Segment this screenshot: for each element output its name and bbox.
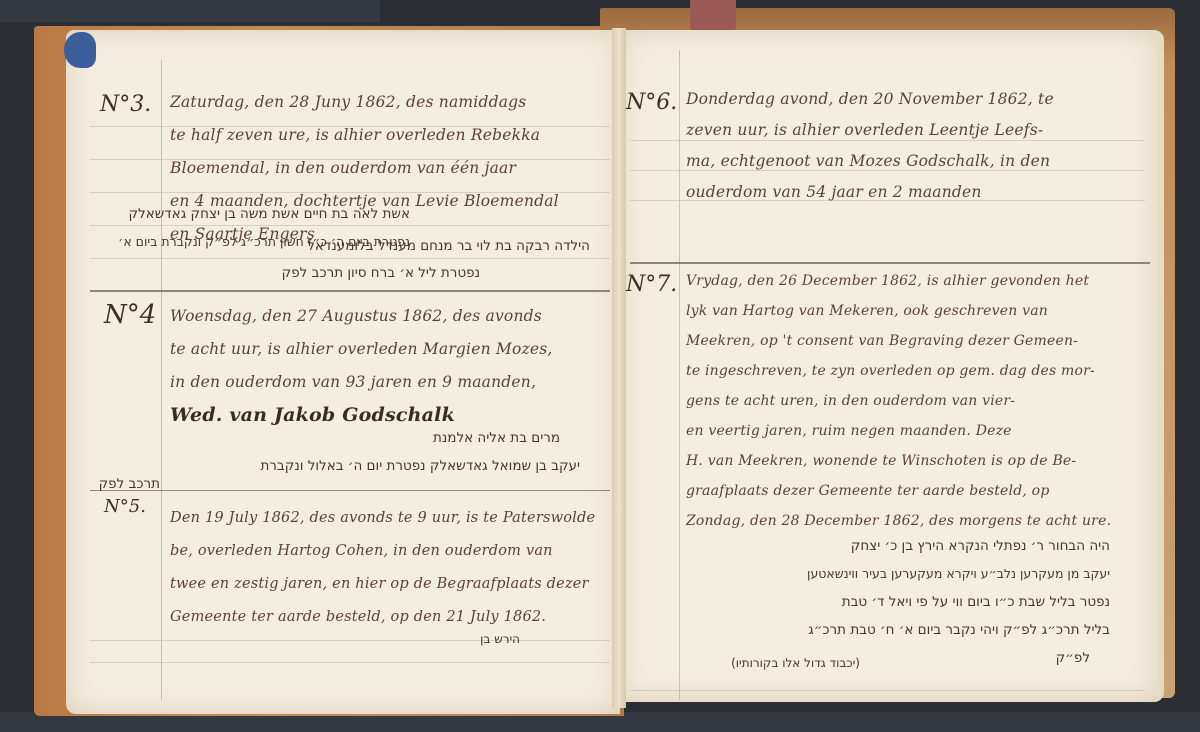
ruled-line xyxy=(90,258,610,259)
entry-line: Vrydag, den 26 December 1862, is alhier … xyxy=(686,266,1111,296)
entry-line: ouderdom van 54 jaar en 2 maanden xyxy=(686,177,1054,208)
entry-line: graafplaats dezer Gemeente ter aarde bes… xyxy=(686,476,1111,506)
entry-line: Zondag, den 28 December 1862, des morgen… xyxy=(686,506,1111,536)
entry-line: te acht uur, is alhier overleden Margien… xyxy=(170,333,553,366)
hebrew-inscription: נפטר בליל שבת כ״ו ביום ווי על פי ויאל ד׳… xyxy=(842,594,1110,610)
entry-number: N°7. xyxy=(626,272,677,297)
entry-line: Wed. van Jakob Godschalk xyxy=(170,399,553,432)
hebrew-inscription: אשת לאה בת חיים אשת משה בן יצחק גאדשאלק xyxy=(128,206,410,222)
hebrew-inscription: (יכבוד גדול אלו בקורותיו) xyxy=(731,656,860,670)
hebrew-inscription: יעקב בן שמואל גאדשאלק נפטרת יום ה׳ באלול… xyxy=(260,458,580,474)
hebrew-inscription: יעקב מן מעקרען נלב״ע ויקרא מעקערען בעיר … xyxy=(807,566,1110,581)
ruled-line xyxy=(630,690,1145,691)
entry-number: N°5. xyxy=(104,496,146,517)
hebrew-inscription: בליל תרכ״ג לפ״ק ויהי נקבר ביום א׳ ח׳ טבת… xyxy=(808,622,1110,638)
entry-line: Den 19 July 1862, des avonds te 9 uur, i… xyxy=(170,502,595,535)
entry-line: Woensdag, den 27 Augustus 1862, des avon… xyxy=(170,300,553,333)
entry-line: H. van Meekren, wonende te Winschoten is… xyxy=(686,446,1111,476)
ribbon-bookmark xyxy=(690,0,736,30)
register-entry-3: Zaturdag, den 28 Juny 1862, des namiddag… xyxy=(170,86,559,251)
book-gutter xyxy=(612,28,626,708)
blue-tape-corner xyxy=(64,32,96,68)
entry-line: twee en zestig jaren, en hier op de Begr… xyxy=(170,568,595,601)
register-entry-5: Den 19 July 1862, des avonds te 9 uur, i… xyxy=(170,502,595,634)
entry-line: lyk van Hartog van Mekeren, ook geschrev… xyxy=(686,296,1111,326)
entry-separator xyxy=(90,290,610,292)
margin-line-left xyxy=(161,60,162,700)
entry-line: zeven uur, is alhier overleden Leentje L… xyxy=(686,115,1054,146)
hebrew-inscription: תרכב לפק xyxy=(99,476,160,492)
entry-line: Zaturdag, den 28 Juny 1862, des namiddag… xyxy=(170,86,559,119)
entry-separator xyxy=(90,490,610,491)
entry-line: te half zeven ure, is alhier overleden R… xyxy=(170,119,559,152)
hebrew-inscription: היה הבחור ר׳ נפתלי הנקרא הירץ בן כ׳ יצחק xyxy=(851,538,1110,554)
margin-line-right xyxy=(679,50,680,700)
hebrew-inscription: לפ״ק xyxy=(1056,650,1090,666)
ruled-line xyxy=(90,662,610,663)
register-entry-4: Woensdag, den 27 Augustus 1862, des avon… xyxy=(170,300,553,432)
entry-line: be, overleden Hartog Cohen, in den ouder… xyxy=(170,535,595,568)
hebrew-inscription: נפטרת ליל א׳ ברח סיון תרכב לפק xyxy=(282,265,480,281)
hebrew-inscription: מרים בת אליה אלמנת xyxy=(433,430,560,446)
background-shelf-left xyxy=(0,0,380,22)
entry-line: te ingeschreven, te zyn overleden op gem… xyxy=(686,356,1111,386)
entry-line: ma, echtgenoot van Mozes Godschalk, in d… xyxy=(686,146,1054,177)
entry-number: N°6. xyxy=(626,90,677,115)
entry-line: Donderdag avond, den 20 November 1862, t… xyxy=(686,84,1054,115)
entry-line: Gemeente ter aarde besteld, op den 21 Ju… xyxy=(170,601,595,634)
entry-line: Meekren, op 't consent van Begraving dez… xyxy=(686,326,1111,356)
register-entry-6: Donderdag avond, den 20 November 1862, t… xyxy=(686,84,1054,208)
entry-line: en veertig jaren, ruim negen maanden. De… xyxy=(686,416,1111,446)
entry-line: Bloemendal, in den ouderdom van één jaar xyxy=(170,152,559,185)
hebrew-inscription: הירש בן xyxy=(480,632,520,646)
entry-line: in den ouderdom van 93 jaren en 9 maande… xyxy=(170,366,553,399)
entry-number: N°3. xyxy=(100,92,151,117)
entry-line: gens te acht uren, in den ouderdom van v… xyxy=(686,386,1111,416)
entry-separator xyxy=(630,262,1150,264)
hebrew-inscription: נפטרת ביום ה׳ כ״ז חשון תרכ״ג לפ״ק ונקברת… xyxy=(118,234,410,249)
ruled-line xyxy=(90,640,610,641)
register-entry-7: Vrydag, den 26 December 1862, is alhier … xyxy=(686,266,1111,536)
entry-number: N°4 xyxy=(104,300,156,330)
